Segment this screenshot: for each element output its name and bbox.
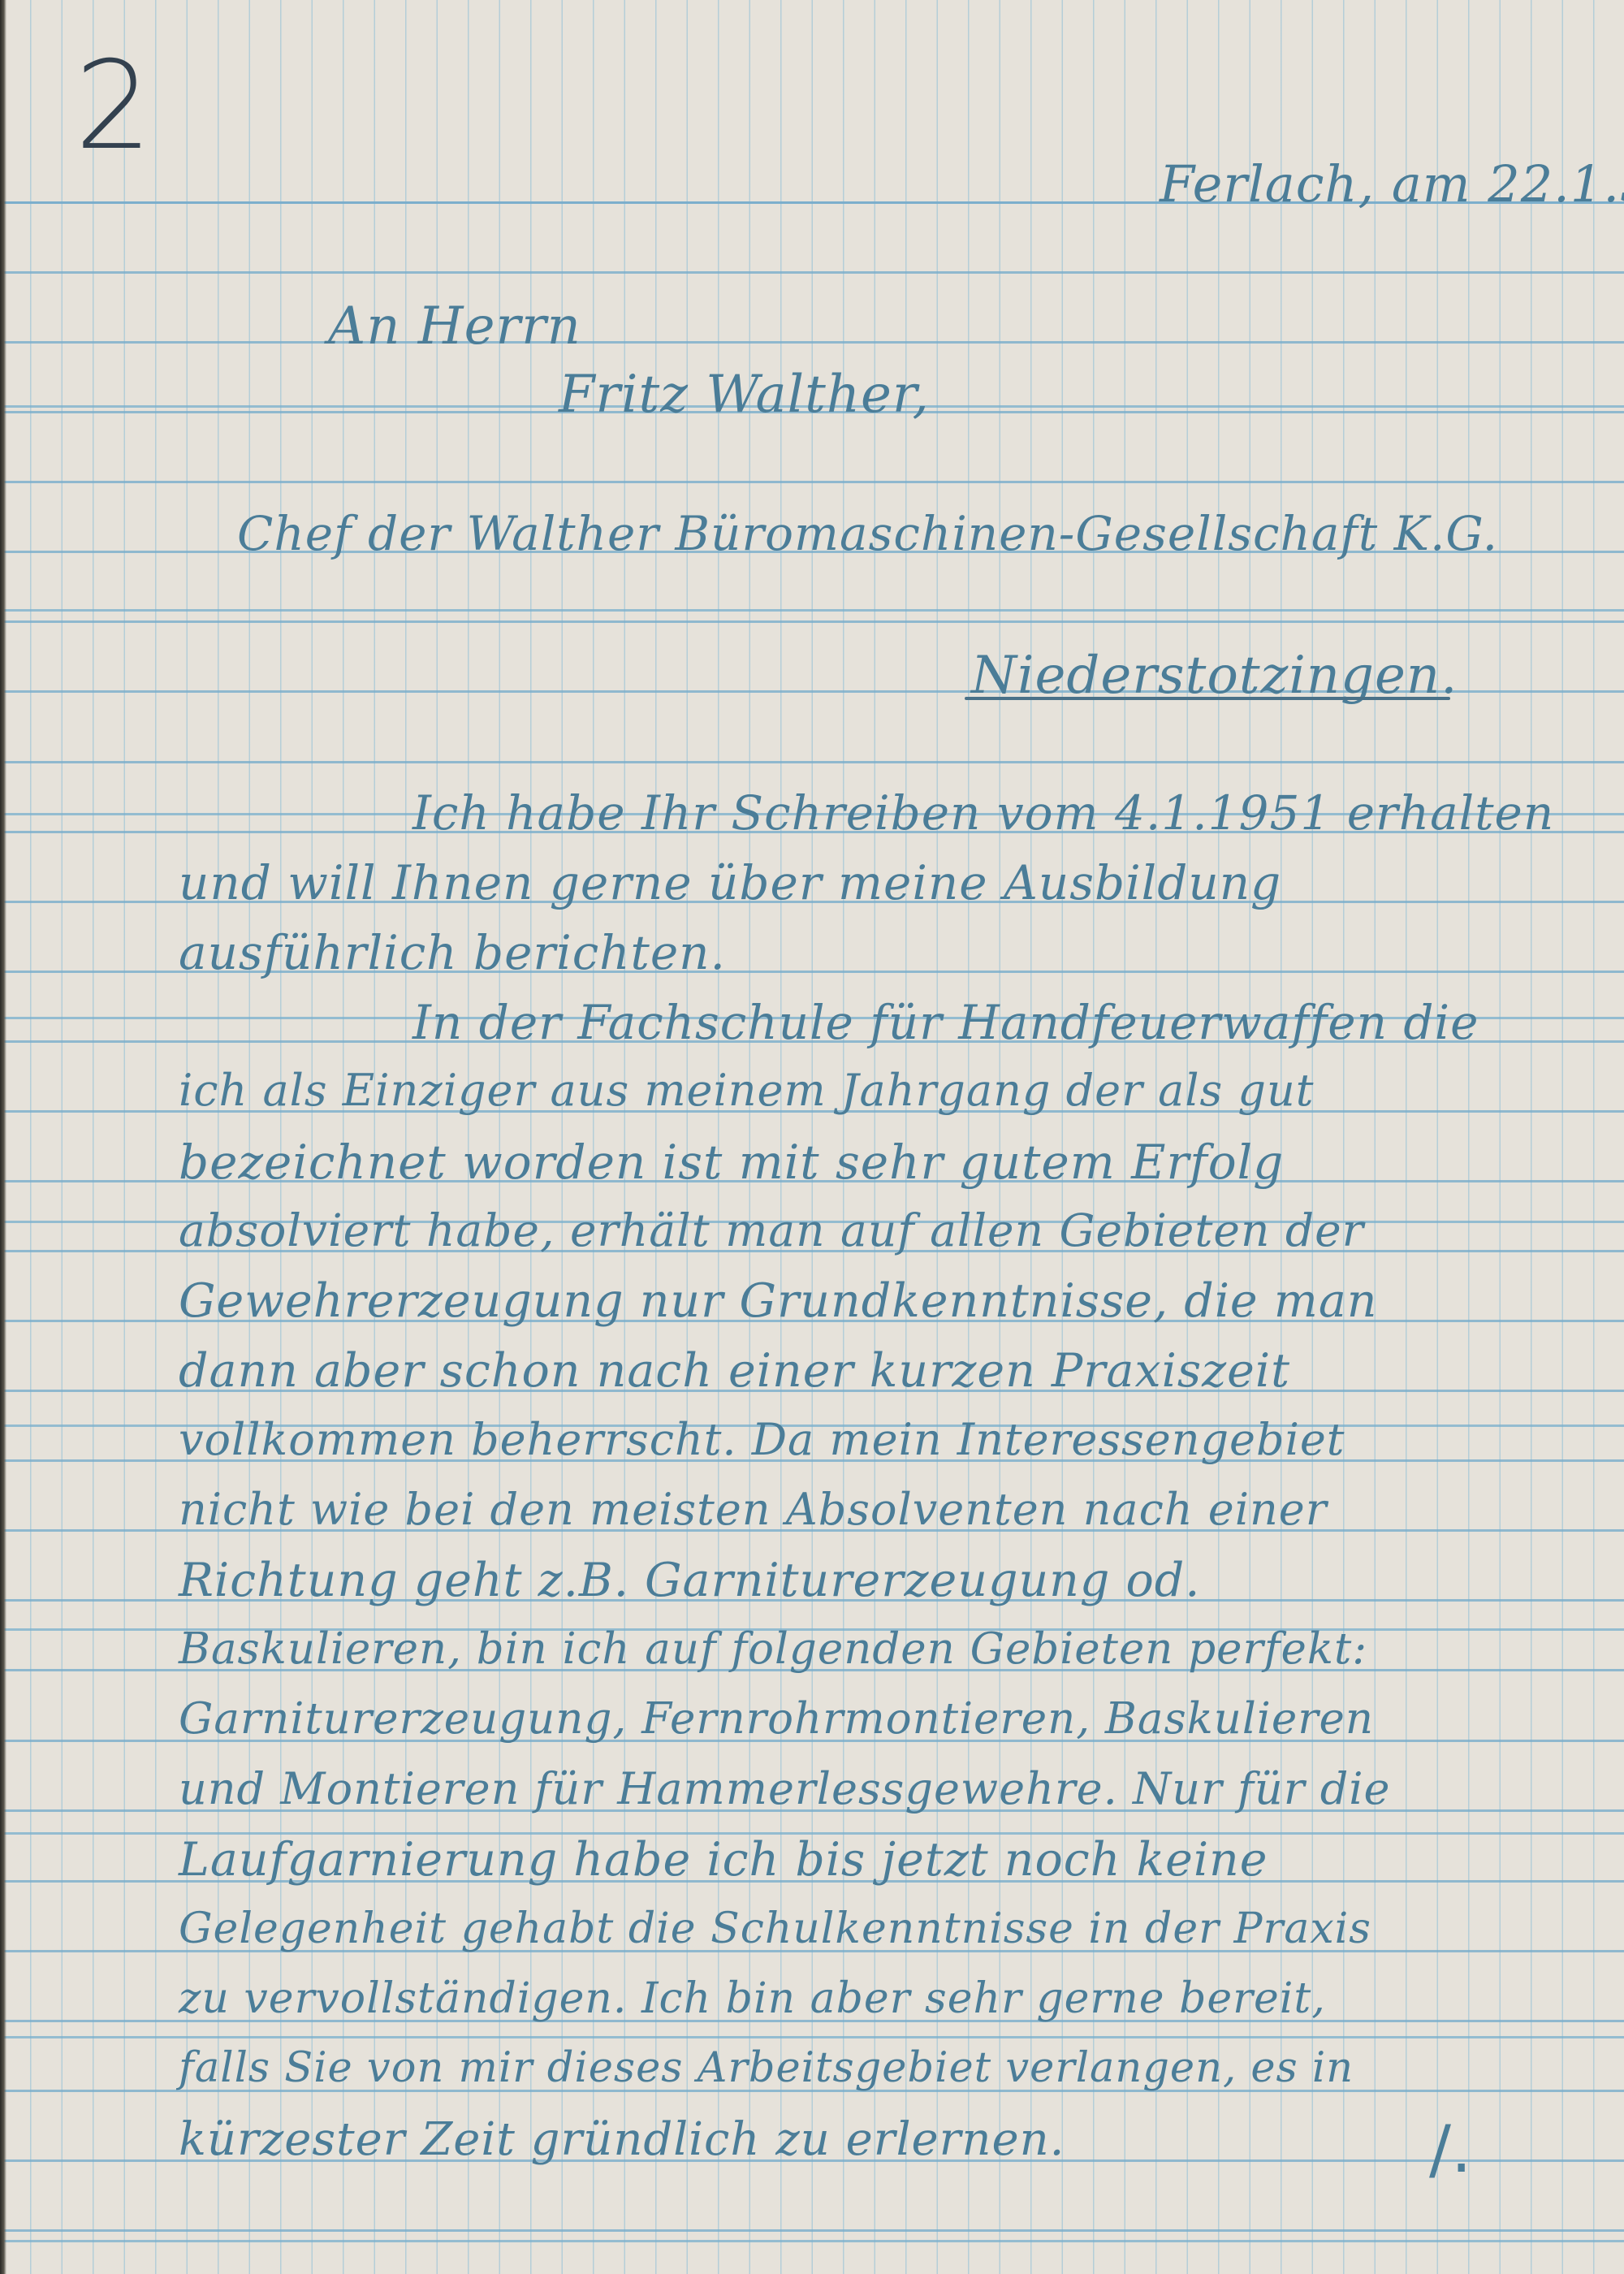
body-line: Gewehrerzeugung nur Grundkenntnisse, die… [179,1278,1378,1325]
body-line: In der Fachschule für Handfeuerwaffen di… [412,999,1479,1046]
body-line: und Montieren für Hammerlessgewehre. Nur… [179,1767,1391,1811]
ruled-line [0,271,1624,274]
body-line: und will Ihnen gerne über meine Ausbildu… [179,859,1281,906]
body-line: Ich habe Ihr Schreiben vom 4.1.1951 erha… [412,789,1554,837]
recipient-city: Niederstotzingen. [971,650,1458,702]
body-line: Richtung geht z.B. Garniturerzeugung od. [179,1558,1200,1604]
body-line: ausführlich berichten. [179,929,726,976]
body-line: nicht wie bei den meisten Absolventen na… [179,1488,1328,1532]
recipient-title: Chef der Walther Büromaschinen-Gesellsch… [237,510,1498,557]
body-line: kürzester Zeit gründlich zu erlernen. [179,2117,1065,2163]
body-line: ich als Einziger aus meinem Jahrgang der… [179,1069,1314,1113]
continuation-mark: /. [1429,2112,1471,2187]
recipient-name: Fritz Walther, [559,369,930,421]
city-underline [965,697,1450,700]
ruled-line [0,481,1624,483]
page-number: 2 [75,45,152,167]
salutation-line: An Herrn [328,300,581,352]
body-line: zu vervollständigen. Ich bin aber sehr g… [179,1978,1326,2020]
body-line: Gelegenheit gehabt die Schulkenntnisse i… [179,1908,1371,1950]
place-date: Ferlach, am 22.1.51. [1160,159,1624,210]
body-line: bezeichnet worden ist mit sehr gutem Erf… [179,1139,1284,1186]
paper-left-edge [0,0,6,2274]
ruled-line [0,2229,1624,2232]
body-line: dann aber schon nach einer kurzen Praxis… [179,1348,1290,1394]
body-line: Baskulieren, bin ich auf folgenden Gebie… [179,1628,1367,1671]
body-line: Garniturerzeugung, Fernrohrmontieren, Ba… [179,1697,1374,1740]
body-line: Laufgarnierung habe ich bis jetzt noch k… [179,1837,1268,1883]
body-line: falls Sie von mir dieses Arbeitsgebiet v… [179,2047,1354,2089]
body-line: absolviert habe, erhält man auf allen Ge… [179,1208,1364,1253]
ruled-line [0,620,1624,623]
ruled-line [0,761,1624,763]
ruled-line [0,341,1624,344]
body-line: vollkommen beherrscht. Da mein Interesse… [179,1418,1345,1462]
